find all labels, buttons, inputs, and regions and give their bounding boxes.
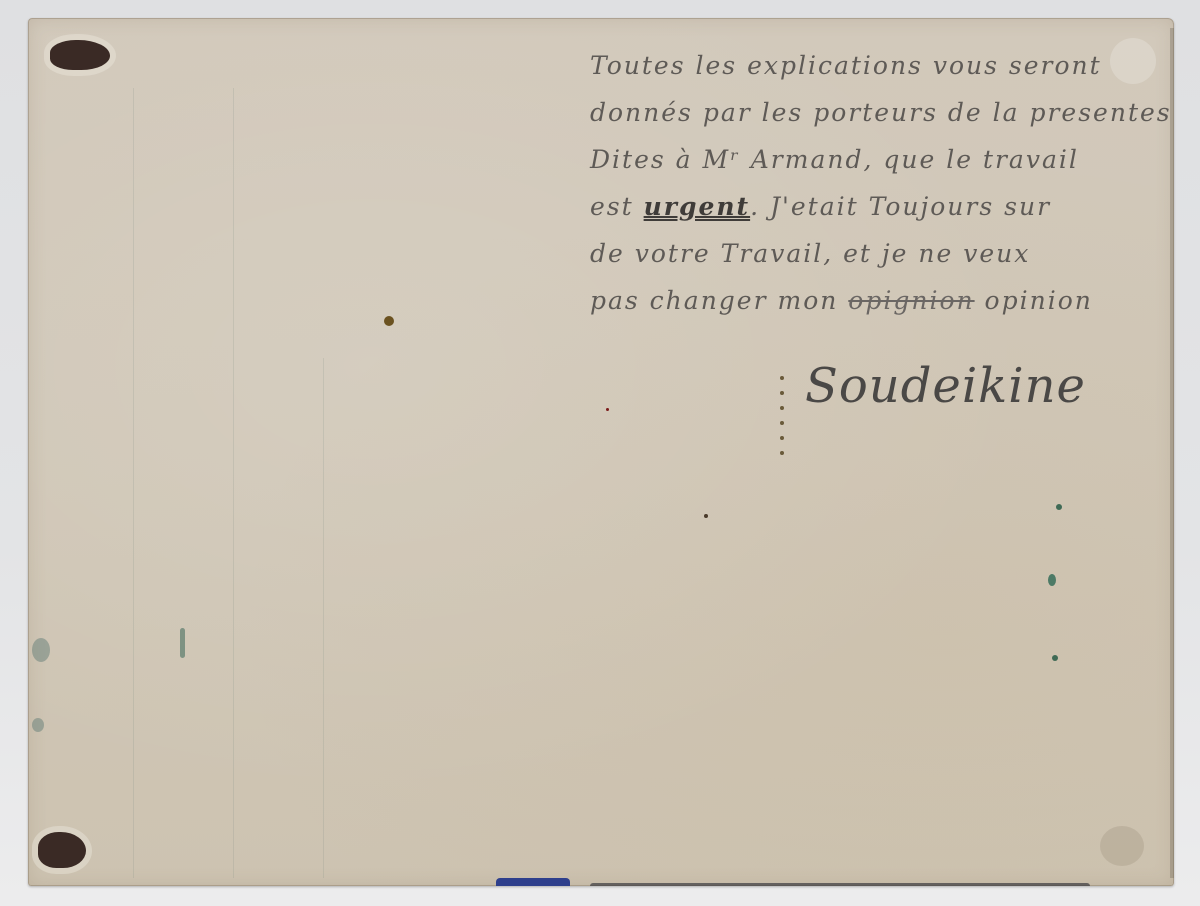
note-line-3: Dites à Mʳ Armand, que le travail xyxy=(590,136,1170,183)
corner-stain-top-left xyxy=(50,40,110,70)
green-drip xyxy=(180,628,185,658)
note-text: opinion xyxy=(975,286,1093,315)
edge-stain xyxy=(32,718,44,732)
dark-edge-residue xyxy=(590,883,1090,886)
urgent-word: urgent xyxy=(644,192,750,221)
corner-stain-bottom-left xyxy=(38,832,86,868)
dark-speck xyxy=(704,514,708,518)
corner-worn-bottom-right xyxy=(1100,826,1144,866)
faint-crease xyxy=(323,358,324,878)
note-line-1: Toutes les explications vous seront xyxy=(590,42,1170,89)
note-text: est xyxy=(590,192,644,221)
card-edge xyxy=(1170,28,1174,878)
note-line-6: pas changer mon opignion opinion xyxy=(590,277,1170,324)
note-text: . J'etait Toujours sur xyxy=(750,192,1051,221)
green-speck xyxy=(1056,504,1062,510)
handwritten-note: Toutes les explications vous seront donn… xyxy=(590,42,1170,324)
faint-crease xyxy=(233,88,234,878)
dotted-mark xyxy=(780,376,784,466)
note-line-2: donnés par les porteurs de la presentes xyxy=(590,89,1170,136)
note-text: pas changer mon xyxy=(590,286,848,315)
struck-word: opignion xyxy=(848,286,974,315)
brown-speck xyxy=(384,316,394,326)
green-speck xyxy=(1052,655,1058,661)
edge-stain xyxy=(32,638,50,662)
red-dot xyxy=(606,408,609,411)
faint-crease xyxy=(133,88,134,878)
green-speck xyxy=(1048,574,1056,586)
note-line-5: de votre Travail, et je ne veux xyxy=(590,230,1170,277)
signature: Soudeikine xyxy=(805,358,1086,414)
note-line-4: est urgent. J'etait Toujours sur xyxy=(590,183,1170,230)
blue-paint-mark xyxy=(496,878,570,886)
